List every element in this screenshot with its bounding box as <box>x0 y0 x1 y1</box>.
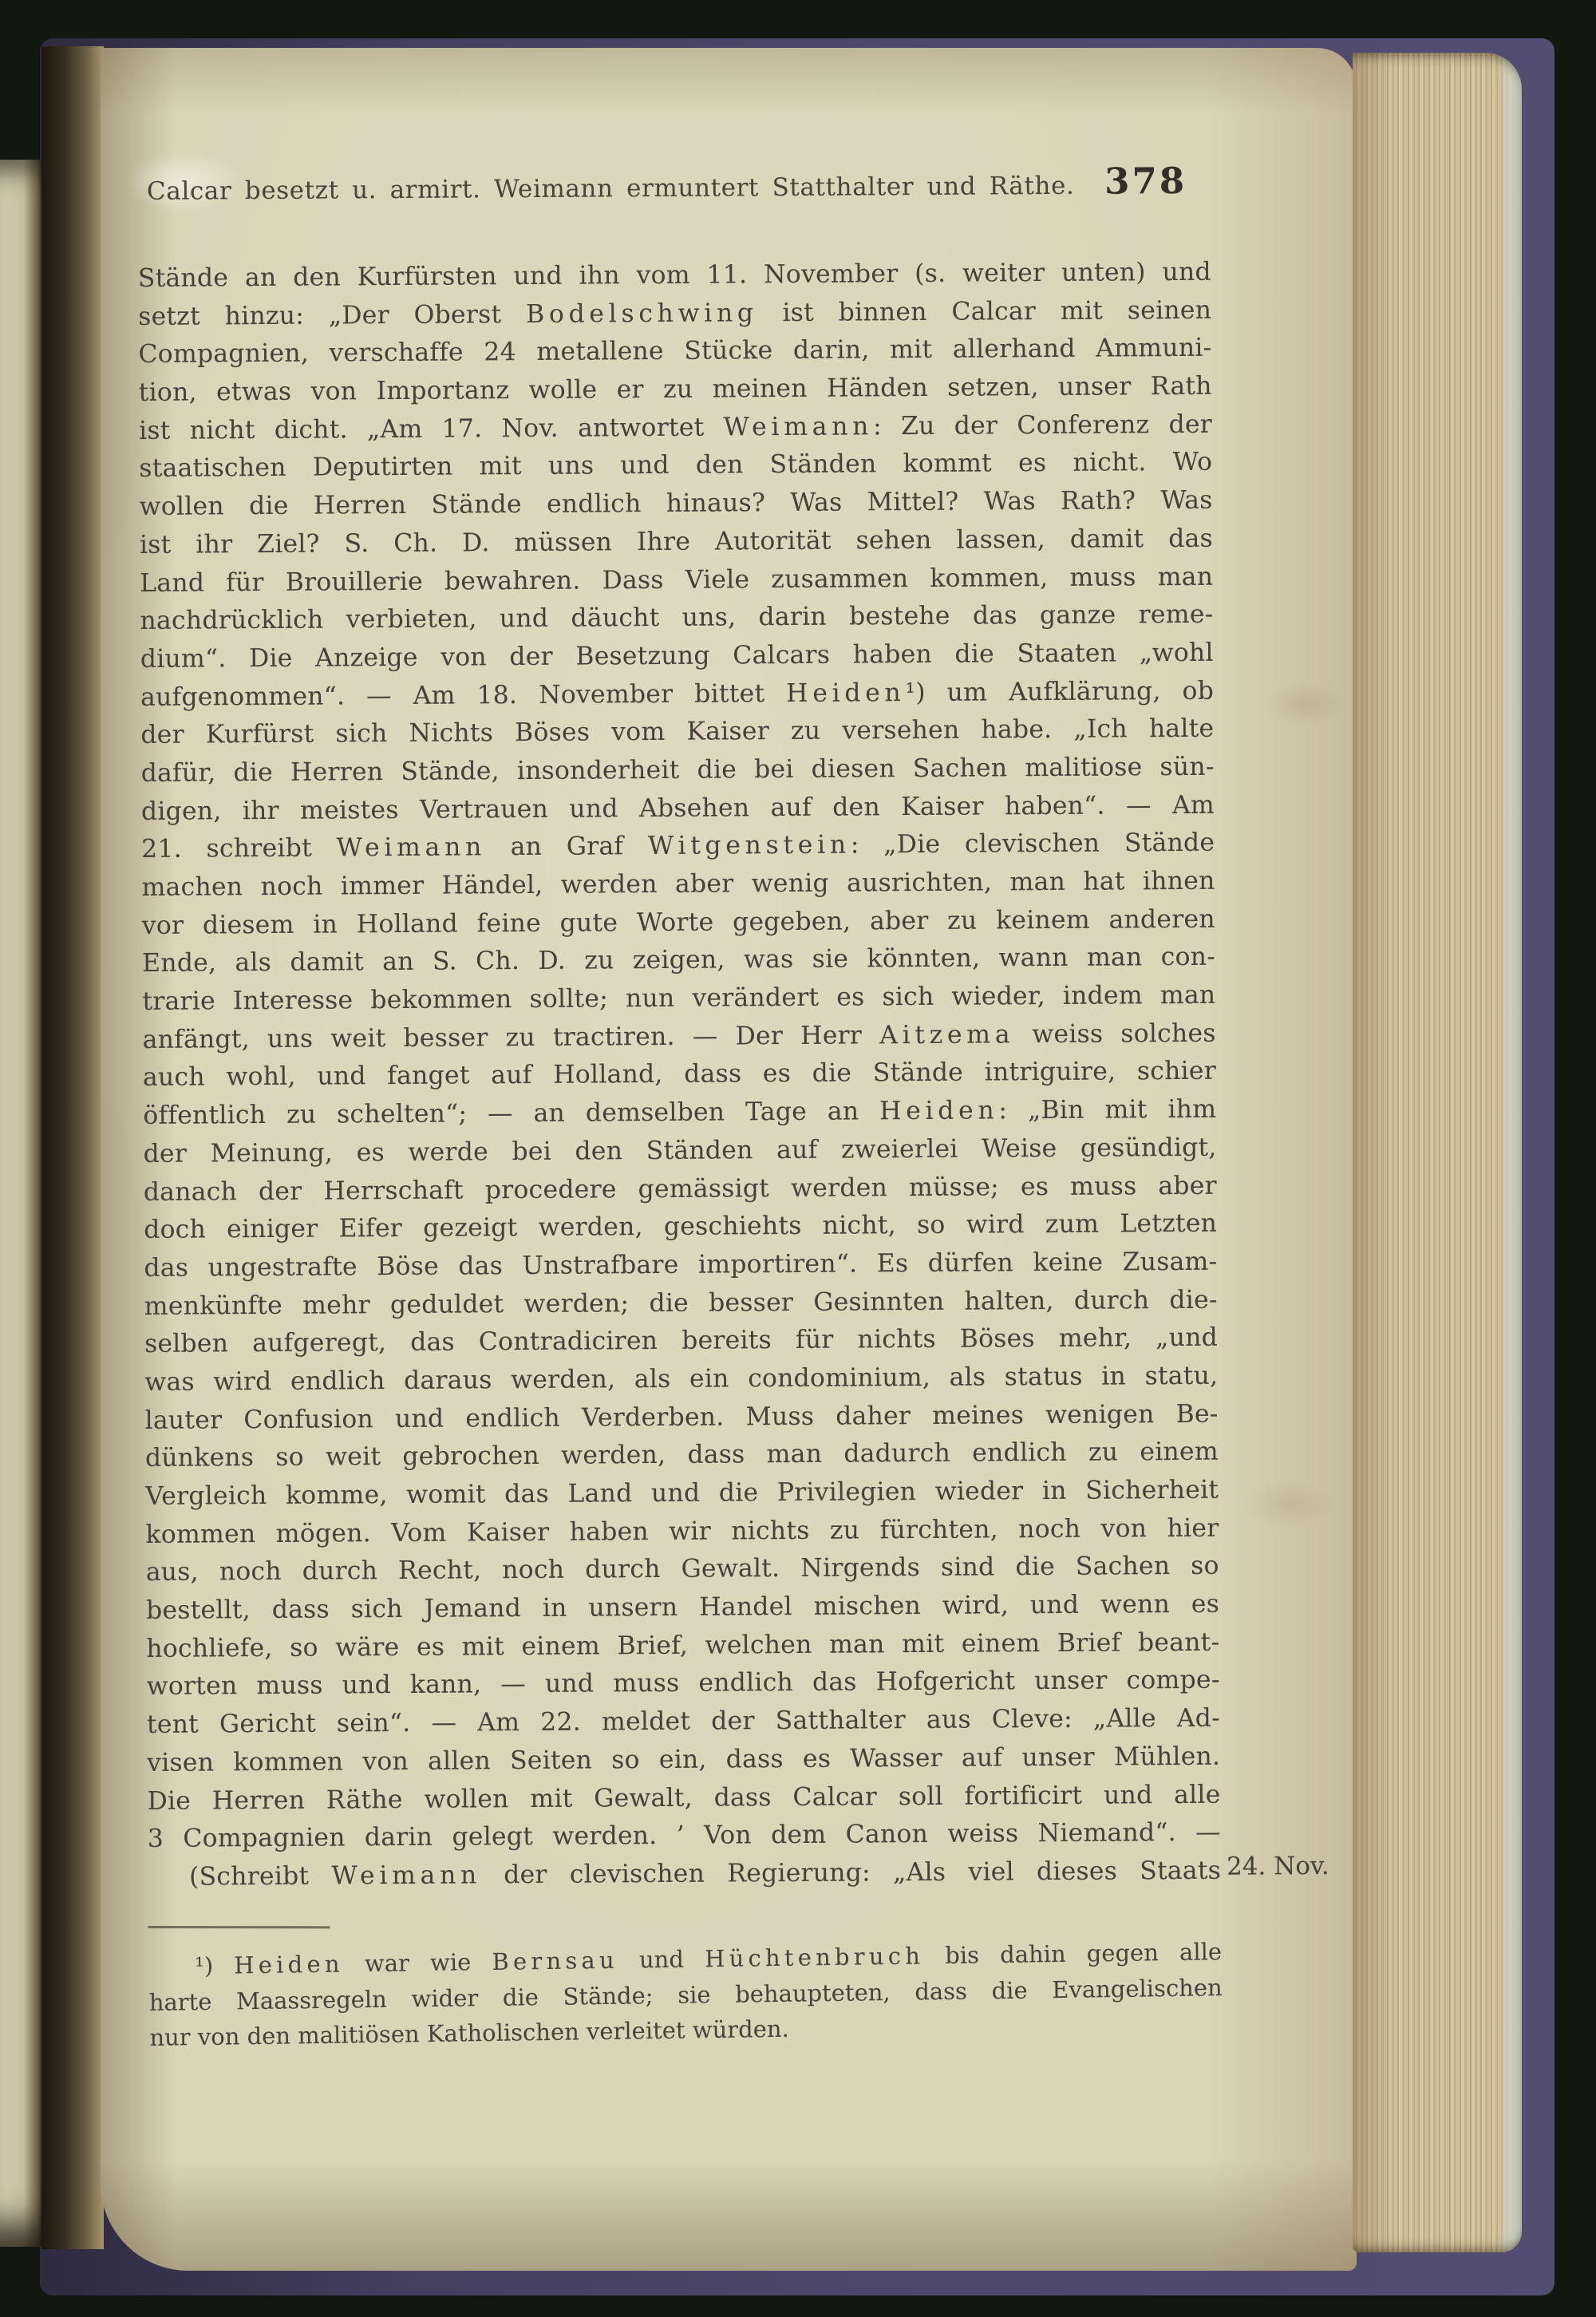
body-line: ist ihr Ziel? S. Ch. D. müssen Ihre Auto… <box>140 520 1213 565</box>
body-line: selben aufgeregt, das Contradiciren bere… <box>144 1319 1218 1364</box>
body-line: worten muss und kann, — und muss endlich… <box>146 1662 1219 1706</box>
letterspaced-name: Weimann <box>331 1860 481 1890</box>
body-line: das ungestrafte Böse das Unstrafbare imp… <box>144 1244 1217 1288</box>
body-line: 3 Compagnien darin gelegt werden. ’ Von … <box>148 1814 1221 1859</box>
page-stack-fore-edge <box>1353 53 1522 2252</box>
paper-smudge <box>1245 1481 1333 1528</box>
body-line: doch einiger Eifer gezeigt werden, gesch… <box>144 1205 1217 1250</box>
body-line: aus, noch durch Recht, noch durch Gewalt… <box>146 1548 1219 1592</box>
body-line: öffentlich zu schelten“; — an demselben … <box>143 1091 1216 1136</box>
body-line: Land für Brouillerie bewahren. Dass Viel… <box>140 558 1213 603</box>
letterspaced-name: Bernsau <box>492 1946 618 1975</box>
letterspaced-name: Bodelschwing <box>526 299 758 329</box>
body-line: dium“. Die Anzeige von der Besetzung Cal… <box>140 635 1214 679</box>
body-line: dafür, die Herren Stände, insonderheit d… <box>141 749 1215 793</box>
letterspaced-name: Hüchtenbruch <box>705 1942 924 1972</box>
letterspaced-name: Heiden <box>786 678 906 708</box>
body-line: tion, etwas von Importanz wolle er zu me… <box>139 368 1212 413</box>
body-line: lauter Confusion und endlich Verderben. … <box>144 1395 1218 1440</box>
body-line: danach der Herrschaft procedere gemässig… <box>144 1167 1217 1212</box>
body-line: der Kurfürst sich Nichts Böses vom Kaise… <box>140 710 1214 755</box>
body-line: tent Gericht sein“. — Am 22. meldet der … <box>147 1700 1220 1745</box>
body-line: dünkens so weit gebrochen werden, dass m… <box>145 1433 1219 1478</box>
body-line: was wird endlich daraus werden, als ein … <box>144 1358 1218 1402</box>
body-line: menkünfte mehr geduldet werden; die bess… <box>144 1281 1218 1326</box>
body-line: visen kommen von allen Seiten so ein, da… <box>147 1738 1220 1783</box>
body-line: digen, ihr meistes Vertrauen und Absehen… <box>141 786 1215 831</box>
body-line: vor diesem in Holland feine gute Worte g… <box>142 900 1215 945</box>
facing-page-edge <box>0 160 43 2247</box>
body-line: Ende, als damit an S. Ch. D. zu zeigen, … <box>142 939 1215 983</box>
letterspaced-name: Heiden <box>879 1097 999 1126</box>
body-line: der Meinung, es werde bei den Ständen au… <box>143 1129 1216 1174</box>
letterspaced-name: Heiden <box>234 1950 344 1979</box>
body-line: kommen mögen. Vom Kaiser haben wir nicht… <box>145 1509 1219 1554</box>
body-line: bestellt, dass sich Jemand in unsern Han… <box>146 1586 1219 1631</box>
body-line: machen noch immer Händel, werden aber we… <box>141 863 1215 907</box>
footnote: ¹) Heiden war wie Bernsau und Hüchtenbru… <box>148 1911 1223 2055</box>
footnote-text: ¹) Heiden war wie Bernsau und Hüchtenbru… <box>148 1934 1223 2055</box>
letterspaced-name: Weimann <box>336 833 486 863</box>
paper-smudge <box>1265 682 1345 726</box>
body-line: Stände an den Kurfürsten und ihn vom 11.… <box>138 254 1211 299</box>
body-line: Vergleich komme, womit das Land und die … <box>145 1472 1219 1516</box>
letterspaced-name: Weimann <box>724 412 874 441</box>
scanned-book-photo: Calcar besetzt u. armirt. Weimann ermunt… <box>0 0 1596 2317</box>
margin-note-date: 24. Nov. <box>1227 1852 1329 1881</box>
page-number: 378 <box>1104 160 1187 203</box>
letterspaced-name: Aitzema <box>879 1020 1014 1050</box>
body-line: nachdrücklich verbieten, und däucht uns,… <box>140 596 1213 641</box>
body-line: anfängt, uns weit besser zu tractiren. —… <box>143 1015 1216 1060</box>
letterspaced-name: Witgenstein <box>648 831 851 861</box>
gutter-shadow <box>41 46 104 2249</box>
printed-text-block: Calcar besetzt u. armirt. Weimann ermunt… <box>137 160 1222 2055</box>
body-line: (Schreibt Weimann der clevischen Regieru… <box>148 1852 1221 1897</box>
body-line: aufgenommen“. — Am 18. November bittet H… <box>140 672 1214 717</box>
running-head-title: Calcar besetzt u. armirt. Weimann ermunt… <box>137 172 1084 206</box>
body-line: trarie Interesse bekommen sollte; nun ve… <box>142 977 1215 1022</box>
body-line: hochliefe, so wäre es mit einem Brief, w… <box>146 1623 1219 1668</box>
body-line: Compagnien, verschaffe 24 metallene Stüc… <box>138 330 1211 374</box>
body-line: wollen die Herren Stände endlich hinaus?… <box>139 482 1212 527</box>
body-line: Die Herren Räthe wollen mit Gewalt, dass… <box>147 1776 1220 1821</box>
body-line: 21. schreibt Weimann an Graf Witgenstein… <box>141 824 1215 869</box>
body-line: ist nicht dicht. „Am 17. Nov. antwortet … <box>139 406 1212 451</box>
running-head: Calcar besetzt u. armirt. Weimann ermunt… <box>137 160 1211 212</box>
body-line: setzt hinzu: „Der Oberst Bodelschwing is… <box>138 291 1211 336</box>
body-line: auch wohl, und fanget auf Holland, dass … <box>143 1053 1216 1097</box>
body-line: staatischen Deputirten mit uns und den S… <box>139 444 1212 488</box>
body-text: Stände an den Kurfürsten und ihn vom 11.… <box>138 254 1222 1897</box>
footnote-rule <box>148 1926 330 1928</box>
